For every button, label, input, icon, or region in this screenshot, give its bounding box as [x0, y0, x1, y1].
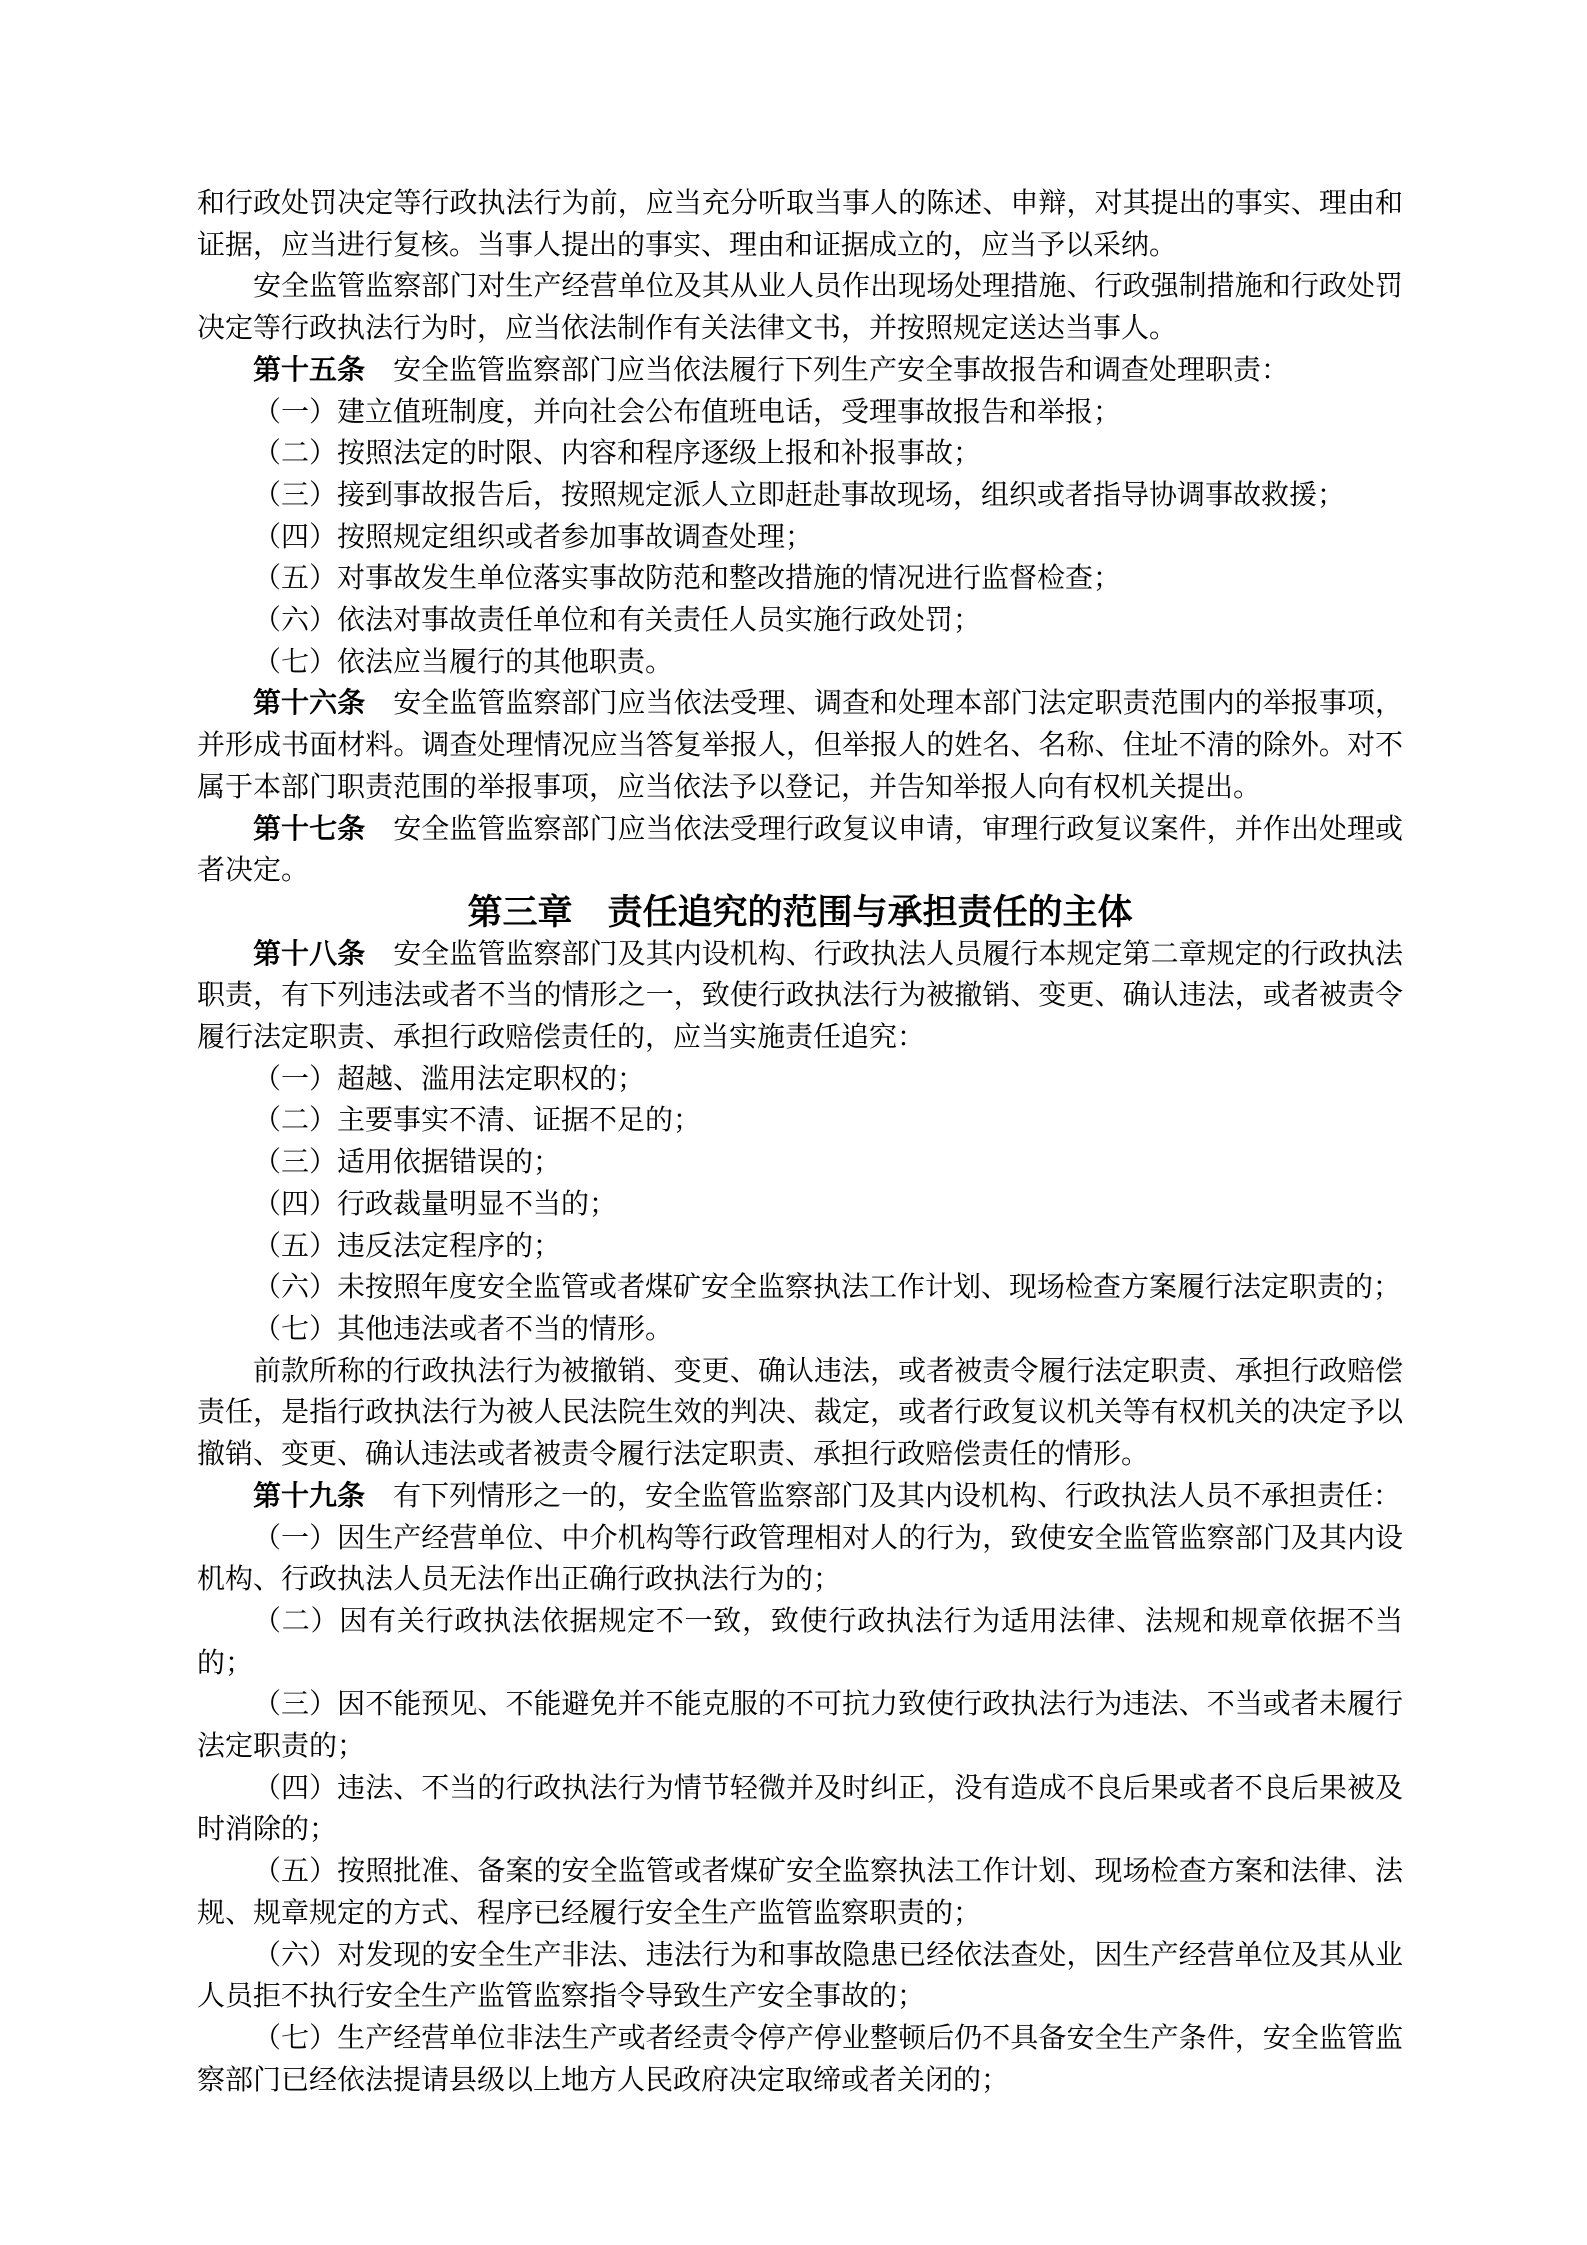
paragraph-text: 安全监管监察部门应当依法受理行政复议申请，审理行政复议案件，并作出处理或者决定。 [197, 814, 1403, 887]
list-item: （一）建立值班制度，并向社会公布值班电话，受理事故报告和举报； [197, 392, 1403, 434]
article-number: 第十八条 [253, 939, 365, 970]
article-number: 第十六条 [253, 688, 365, 719]
list-item: （二）因有关行政执法依据规定不一致，致使行政执法行为适用法律、法规和规章依据不当… [197, 1601, 1403, 1684]
paragraph-text: （七）其他违法或者不当的情形。 [253, 1314, 673, 1345]
list-item: （六）未按照年度安全监管或者煤矿安全监察执法工作计划、现场检查方案履行法定职责的… [197, 1267, 1403, 1309]
paragraph-text: （一）因生产经营单位、中介机构等行政管理相对人的行为，致使安全监管监察部门及其内… [197, 1523, 1403, 1596]
list-item: （一）因生产经营单位、中介机构等行政管理相对人的行为，致使安全监管监察部门及其内… [197, 1518, 1403, 1601]
paragraph: 第十五条安全监管监察部门应当依法履行下列生产安全事故报告和调查处理职责： [197, 350, 1403, 392]
list-item: （五）违反法定程序的； [197, 1226, 1403, 1268]
paragraph-text: 安全监管监察部门应当依法履行下列生产安全事故报告和调查处理职责： [393, 355, 1289, 386]
paragraph-text: （三）接到事故报告后，按照规定派人立即赶赴事故现场，组织或者指导协调事故救援； [253, 480, 1345, 511]
paragraph-text: （三）因不能预见、不能避免并不能克服的不可抗力致使行政执法行为违法、不当或者未履… [197, 1689, 1403, 1762]
list-item: （四）行政裁量明显不当的； [197, 1184, 1403, 1226]
paragraph-text: 安全监管监察部门及其内设机构、行政执法人员履行本规定第二章规定的行政执法职责，有… [197, 939, 1403, 1053]
paragraph-text: （六）未按照年度安全监管或者煤矿安全监察执法工作计划、现场检查方案履行法定职责的… [253, 1272, 1401, 1303]
article-number: 第十五条 [253, 355, 365, 386]
paragraph: 和行政处罚决定等行政执法行为前，应当充分听取当事人的陈述、申辩，对其提出的事实、… [197, 183, 1403, 266]
paragraph-text: 安全监管监察部门对生产经营单位及其从业人员作出现场处理措施、行政强制措施和行政处… [197, 271, 1403, 344]
list-item: （四）按照规定组织或者参加事故调查处理； [197, 517, 1403, 559]
paragraph: 第十九条有下列情形之一的，安全监管监察部门及其内设机构、行政执法人员不承担责任： [197, 1476, 1403, 1518]
list-item: （二）按照法定的时限、内容和程序逐级上报和补报事故； [197, 433, 1403, 475]
paragraph-text: （六）对发现的安全生产非法、违法行为和事故隐患已经依法查处，因生产经营单位及其从… [197, 1940, 1403, 2013]
list-item: （六）对发现的安全生产非法、违法行为和事故隐患已经依法查处，因生产经营单位及其从… [197, 1935, 1403, 2018]
article-number: 第十九条 [253, 1481, 365, 1512]
paragraph: 前款所称的行政执法行为被撤销、变更、确认违法，或者被责令履行法定职责、承担行政赔… [197, 1351, 1403, 1476]
list-item: （三）接到事故报告后，按照规定派人立即赶赴事故现场，组织或者指导协调事故救援； [197, 475, 1403, 517]
document-page: 和行政处罚决定等行政执法行为前，应当充分听取当事人的陈述、申辩，对其提出的事实、… [0, 0, 1587, 2245]
paragraph-text: （二）主要事实不清、证据不足的； [253, 1105, 701, 1136]
paragraph-text: （五）按照批准、备案的安全监管或者煤矿安全监察执法工作计划、现场检查方案和法律、… [197, 1856, 1403, 1929]
paragraph-text: （七）生产经营单位非法生产或者经责令停产停业整顿后仍不具备安全生产条件，安全监管… [197, 2023, 1403, 2096]
paragraph-text: （五）违反法定程序的； [253, 1231, 561, 1262]
paragraph-text: （四）行政裁量明显不当的； [253, 1189, 617, 1220]
paragraph: 第十六条安全监管监察部门应当依法受理、调查和处理本部门法定职责范围内的举报事项，… [197, 683, 1403, 808]
paragraph-text: （四）违法、不当的行政执法行为情节轻微并及时纠正，没有造成不良后果或者不良后果被… [197, 1773, 1403, 1846]
paragraph: 第十七条安全监管监察部门应当依法受理行政复议申请，审理行政复议案件，并作出处理或… [197, 809, 1403, 892]
list-item: （五）对事故发生单位落实事故防范和整改措施的情况进行监督检查； [197, 558, 1403, 600]
paragraph-text: （六）依法对事故责任单位和有关责任人员实施行政处罚； [253, 605, 981, 636]
list-item: （三）因不能预见、不能避免并不能克服的不可抗力致使行政执法行为违法、不当或者未履… [197, 1684, 1403, 1767]
paragraph-text: （四）按照规定组织或者参加事故调查处理； [253, 522, 813, 553]
list-item: （六）依法对事故责任单位和有关责任人员实施行政处罚； [197, 600, 1403, 642]
list-item: （七）生产经营单位非法生产或者经责令停产停业整顿后仍不具备安全生产条件，安全监管… [197, 2018, 1403, 2101]
paragraph: 安全监管监察部门对生产经营单位及其从业人员作出现场处理措施、行政强制措施和行政处… [197, 266, 1403, 349]
paragraph-text: 安全监管监察部门应当依法受理、调查和处理本部门法定职责范围内的举报事项，并形成书… [197, 688, 1403, 802]
paragraph-text: 有下列情形之一的，安全监管监察部门及其内设机构、行政执法人员不承担责任： [393, 1481, 1401, 1512]
chapter-heading: 第三章 责任追究的范围与承担责任的主体 [197, 892, 1403, 934]
paragraph: 第十八条安全监管监察部门及其内设机构、行政执法人员履行本规定第二章规定的行政执法… [197, 934, 1403, 1059]
paragraph-text: （三）适用依据错误的； [253, 1147, 561, 1178]
list-item: （一）超越、滥用法定职权的； [197, 1059, 1403, 1101]
document-content: 和行政处罚决定等行政执法行为前，应当充分听取当事人的陈述、申辩，对其提出的事实、… [197, 183, 1403, 2101]
list-item: （七）其他违法或者不当的情形。 [197, 1309, 1403, 1351]
paragraph-text: （二）因有关行政执法依据规定不一致，致使行政执法行为适用法律、法规和规章依据不当… [197, 1606, 1403, 1679]
list-item: （三）适用依据错误的； [197, 1142, 1403, 1184]
paragraph-text: （七）依法应当履行的其他职责。 [253, 647, 673, 678]
paragraph-text: （五）对事故发生单位落实事故防范和整改措施的情况进行监督检查； [253, 563, 1121, 594]
paragraph-text: （一）建立值班制度，并向社会公布值班电话，受理事故报告和举报； [253, 397, 1121, 428]
paragraph-text: 和行政处罚决定等行政执法行为前，应当充分听取当事人的陈述、申辩，对其提出的事实、… [197, 188, 1403, 261]
paragraph-text: （二）按照法定的时限、内容和程序逐级上报和补报事故； [253, 438, 981, 469]
list-item: （二）主要事实不清、证据不足的； [197, 1100, 1403, 1142]
list-item: （七）依法应当履行的其他职责。 [197, 642, 1403, 684]
list-item: （五）按照批准、备案的安全监管或者煤矿安全监察执法工作计划、现场检查方案和法律、… [197, 1851, 1403, 1934]
article-number: 第十七条 [253, 814, 365, 845]
list-item: （四）违法、不当的行政执法行为情节轻微并及时纠正，没有造成不良后果或者不良后果被… [197, 1768, 1403, 1851]
paragraph-text: （一）超越、滥用法定职权的； [253, 1064, 645, 1095]
paragraph-text: 前款所称的行政执法行为被撤销、变更、确认违法，或者被责令履行法定职责、承担行政赔… [197, 1356, 1403, 1470]
